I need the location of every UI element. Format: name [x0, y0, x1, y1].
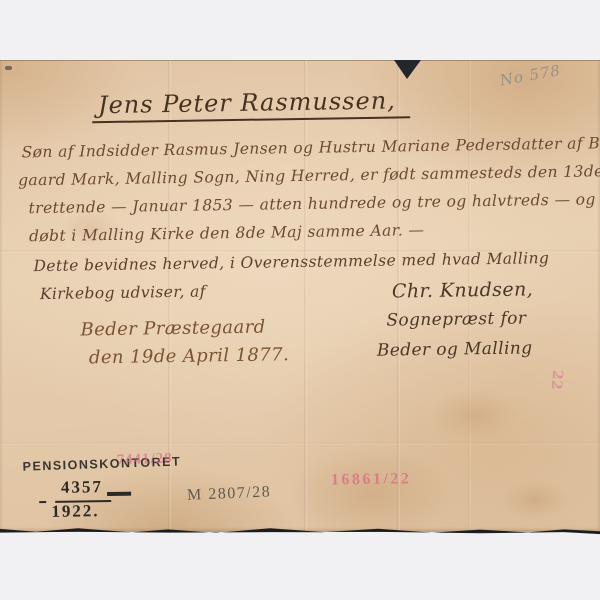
signature-parish: Beder og Malling: [377, 338, 533, 360]
journal-dash-mark: [107, 492, 131, 496]
document-title-name: Jens Peter Rasmussen,: [92, 86, 410, 123]
attestation-line: Dette bevidnes herved, i Overensstemmels…: [33, 249, 549, 275]
body-text-line: døbt i Malling Kirke den 8de Maj samme A…: [29, 221, 425, 245]
journal-hyphen-mark: [39, 501, 46, 503]
pink-case-number-stamp: 16861/22: [331, 470, 412, 489]
date-line: den 19de April 1877.: [89, 344, 289, 368]
attestation-line: Kirkebog udviser, af: [40, 282, 206, 303]
pencil-archive-number: No 578: [498, 61, 562, 89]
body-text-line: Søn af Indsidder Rasmus Jensen og Hustru…: [22, 134, 600, 161]
journal-number-numerator: 4357: [61, 477, 103, 498]
place-line: Beder Præstegaard: [80, 317, 265, 341]
photo-of-document: No 578 Jens Peter Rasmussen, Søn af Inds…: [0, 0, 600, 600]
red-case-number-stamp: 7441/28: [116, 451, 173, 470]
m-number-stamp: M 2807/28: [187, 483, 272, 505]
pink-side-number: 22: [548, 369, 566, 391]
handwriting-layer: No 578 Jens Peter Rasmussen, Søn af Inds…: [0, 55, 600, 536]
signature-name: Chr. Knudsen,: [392, 278, 533, 302]
body-text-line: trettende — Januar 1853 — atten hundrede…: [28, 190, 595, 217]
journal-number-denominator: 1922.: [51, 501, 100, 522]
body-text-line: gaard Mark, Malling Sogn, Ning Herred, e…: [18, 162, 600, 190]
signature-title: Sognepræst for: [386, 308, 526, 330]
